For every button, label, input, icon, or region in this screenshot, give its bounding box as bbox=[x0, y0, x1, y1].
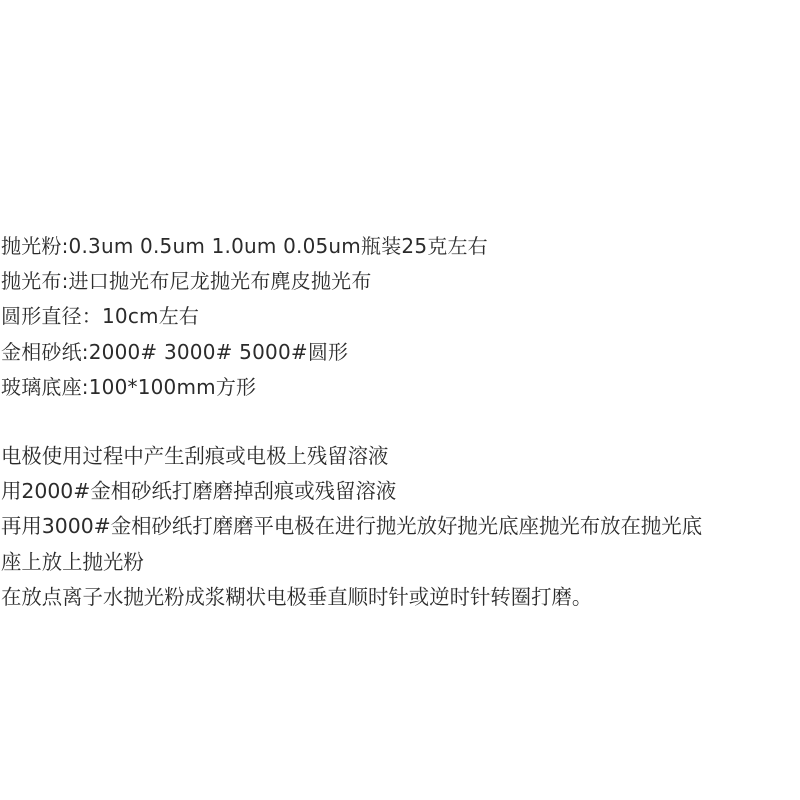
spec-sandpaper: 金相砂纸:2000# 3000# 5000#圆形 bbox=[1, 335, 799, 370]
instruction-line: 用2000#金相砂纸打磨磨掉刮痕或残留溶液 bbox=[1, 474, 799, 509]
instruction-line: 再用3000#金相砂纸打磨磨平电极在进行抛光放好抛光底座抛光布放在抛光底 bbox=[1, 509, 799, 544]
instruction-line: 电极使用过程中产生刮痕或电极上残留溶液 bbox=[1, 439, 799, 474]
spec-diameter: 圆形直径：10cm左右 bbox=[1, 299, 799, 334]
spec-polishing-powder: 抛光粉:0.3um 0.5um 1.0um 0.05um瓶装25克左右 bbox=[1, 229, 799, 264]
instruction-line: 座上放上抛光粉 bbox=[1, 545, 799, 580]
instruction-line: 在放点离子水抛光粉成浆糊状电极垂直顺时针或逆时针转圈打磨。 bbox=[1, 580, 799, 615]
instructions-block: 电极使用过程中产生刮痕或电极上残留溶液 用2000#金相砂纸打磨磨掉刮痕或残留溶… bbox=[1, 439, 799, 615]
paragraph-gap bbox=[1, 405, 799, 439]
spec-glass-base: 玻璃底座:100*100mm方形 bbox=[1, 370, 799, 405]
specifications-block: 抛光粉:0.3um 0.5um 1.0um 0.05um瓶装25克左右 抛光布:… bbox=[1, 229, 799, 405]
product-description: 抛光粉:0.3um 0.5um 1.0um 0.05um瓶装25克左右 抛光布:… bbox=[1, 229, 799, 615]
spec-polishing-cloth: 抛光布:进口抛光布尼龙抛光布麂皮抛光布 bbox=[1, 264, 799, 299]
